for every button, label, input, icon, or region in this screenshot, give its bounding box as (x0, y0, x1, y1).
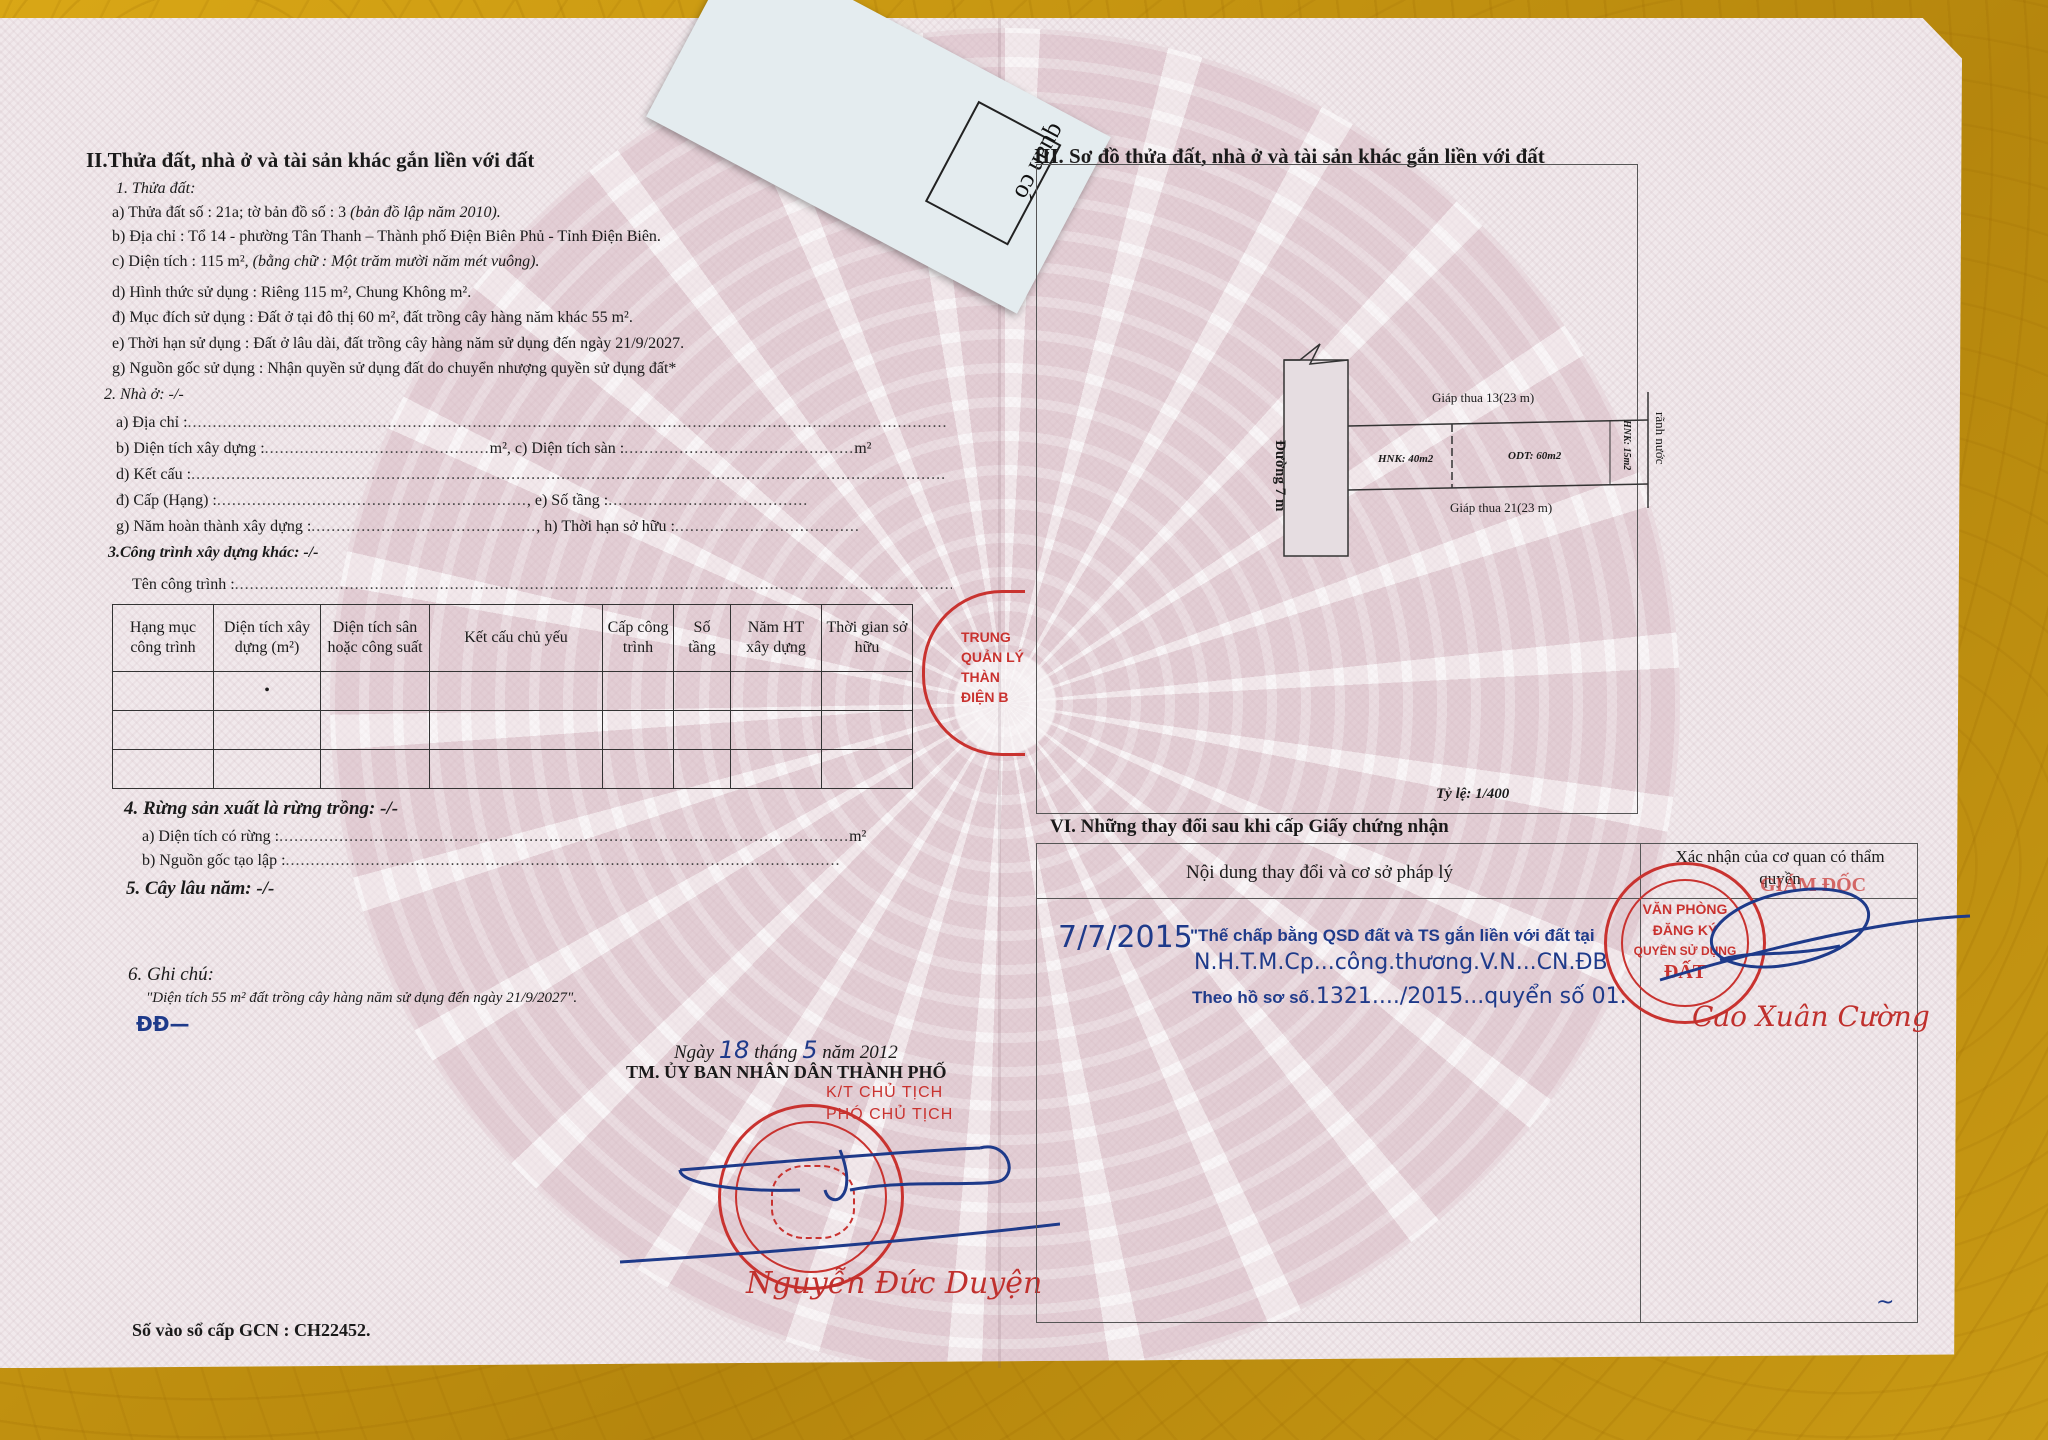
land-b: b) Địa chỉ : Tổ 14 - phường Tân Thanh – … (112, 228, 661, 246)
col-structure: Kết cấu chủ yếu (430, 605, 603, 672)
col-category: Hạng mục công trình (113, 605, 214, 672)
col-floors: Số tầng (674, 605, 731, 672)
notes-heading: 6. Ghi chú: (128, 964, 214, 986)
table-cell (430, 672, 603, 711)
house-heading: 2. Nhà ở: -/- (104, 386, 184, 404)
house-g: g) Năm hoàn thành xây dựng :............… (116, 518, 860, 536)
notes-text: "Diện tích 55 m² đất trồng cây hàng năm … (146, 990, 577, 1007)
table-cell (731, 711, 822, 750)
col-grade: Cấp công trình (603, 605, 674, 672)
table-cell (603, 672, 674, 711)
section-vi-title: VI. Những thay đổi sau khi cấp Giấy chứn… (1050, 816, 1449, 838)
scale-label: Tỷ lệ: 1/400 (1436, 786, 1509, 803)
house-dd: đ) Cấp (Hạng) :.........................… (116, 492, 808, 510)
land-dd: đ) Mục đích sử dụng : Đất ở tại đô thị 6… (112, 309, 633, 327)
change-line3: Theo hồ sơ số.1321..../2015...quyển số 0… (1192, 984, 1627, 1009)
initials-signature: ĐĐ— (136, 1012, 190, 1036)
forest-b: b) Nguồn gốc tạo lập :..................… (142, 852, 841, 870)
parcel-odt-60: ODT: 60m2 (1508, 450, 1561, 462)
house-d: d) Kết cấu :............................… (116, 466, 946, 484)
road-shape (1284, 360, 1348, 556)
table-cell (822, 672, 913, 711)
section-ii-title: II.Thửa đất, nhà ở và tài sản khác gắn l… (86, 148, 534, 173)
table-cell (113, 672, 214, 711)
table-cell (731, 750, 822, 789)
registry-number: Số vào sổ cấp GCN : CH22452. (132, 1320, 371, 1341)
table-cell (822, 750, 913, 789)
chairman-name: Nguyễn Đức Duyện (746, 1266, 1042, 1301)
land-e: e) Thời hạn sử dụng : Đất ở lâu dài, đất… (112, 335, 684, 353)
land-d: d) Hình thức sử dụng : Riêng 115 m², Chu… (112, 284, 471, 302)
director-signature (1640, 880, 1980, 1000)
table-cell (430, 750, 603, 789)
table-cell (674, 711, 731, 750)
table-cell (214, 711, 321, 750)
issue-date: Ngày 18 tháng 5 năm 2012 (674, 1036, 898, 1064)
table-cell (731, 672, 822, 711)
change-line2-bank: N.H.T.M.Cp...công.thương.V.N...CN.ĐB (1194, 950, 1608, 975)
north-boundary: Giáp thua 13(23 m) (1432, 390, 1534, 406)
table-row (113, 711, 913, 750)
south-boundary: Giáp thua 21(23 m) (1450, 500, 1552, 516)
issuing-authority: TM. ỦY BAN NHÂN DÂN THÀNH PHỐ (626, 1062, 947, 1083)
parcel-hnk-40: HNK: 40m2 (1378, 453, 1433, 465)
table-cell (603, 750, 674, 789)
change-date: 7/7/2015 (1058, 920, 1193, 955)
land-g: g) Nguồn gốc sử dụng : Nhận quyền sử dụn… (112, 360, 676, 378)
land-a: a) Thửa đất số : 21a; tờ bản đồ số : 3 (… (112, 204, 501, 222)
table-cell (430, 711, 603, 750)
work-name: Tên công trình :........................… (132, 576, 952, 594)
table-header-row: Hạng mục công trình Diện tích xây dựng (… (113, 605, 913, 672)
table-cell (321, 750, 430, 789)
perennial-heading: 5. Cây lâu năm: -/- (126, 878, 274, 900)
table-cell (822, 711, 913, 750)
house-b: b) Diện tích xây dựng :.................… (116, 440, 871, 458)
table-cell (674, 672, 731, 711)
table-row (113, 750, 913, 789)
role-deputy: K/T CHỦ TỊCH (826, 1084, 943, 1102)
col-floor-area: Diện tích sân hoặc công suất (321, 605, 430, 672)
forest-heading: 4. Rừng sản xuất là rừng trồng: -/- (124, 798, 398, 820)
col-ownership-term: Thời gian sở hữu (822, 605, 913, 672)
col-content-header: Nội dung thay đổi và cơ sở pháp lý (1186, 862, 1453, 884)
east-boundary: rãnh nước (1652, 412, 1668, 465)
table-cell (113, 711, 214, 750)
forest-a: a) Diện tích có rừng :..................… (142, 828, 866, 846)
land-c: c) Diện tích : 115 m², (bằng chữ : Một t… (112, 253, 539, 271)
col-year: Năm HT xây dựng (731, 605, 822, 672)
table-cell (321, 711, 430, 750)
parcel-hnk-15: HNK: 15m2 (1621, 420, 1632, 470)
change-line1: "Thế chấp bằng QSD đất và TS gắn liền vớ… (1190, 926, 1595, 946)
land-heading: 1. Thửa đất: (116, 180, 195, 198)
house-a: a) Địa chỉ :............................… (116, 414, 946, 432)
col-build-area: Diện tích xây dựng (m²) (214, 605, 321, 672)
chairman-signature (600, 1120, 1060, 1280)
director-name: Cao Xuân Cường (1692, 1000, 1930, 1033)
table-row: • (113, 672, 913, 711)
table-cell (321, 672, 430, 711)
table-cell: • (214, 672, 321, 711)
other-works-table: Hạng mục công trình Diện tích xây dựng (… (112, 604, 913, 789)
table-cell (113, 750, 214, 789)
table-cell (603, 711, 674, 750)
table-cell (214, 750, 321, 789)
road-label: Đường 7 m (1271, 440, 1288, 511)
table-cell (674, 750, 731, 789)
side-stamp-lines: TRUNG QUẢN LÝ THÀN ĐIỆN B (961, 627, 1024, 707)
margin-signature: ~ (1876, 1290, 1894, 1315)
other-works-heading: 3.Công trình xây dựng khác: -/- (108, 544, 319, 562)
